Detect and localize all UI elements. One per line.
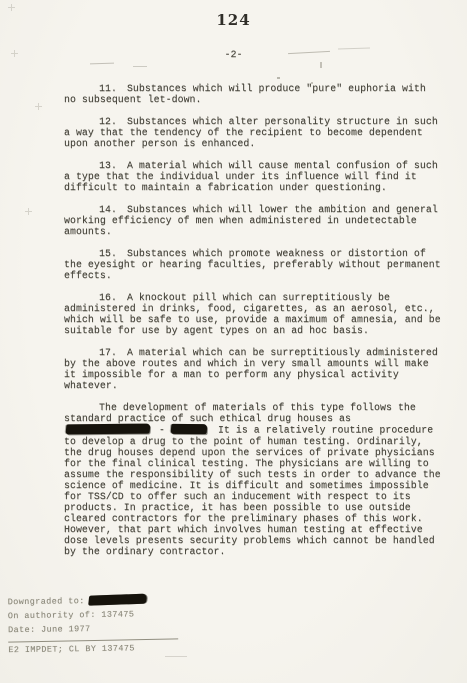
scan-artifact — [133, 66, 147, 67]
scan-artifact — [165, 656, 187, 657]
scan-speck — [35, 103, 42, 110]
paragraph-11: 11.Substances which will produce "pure" … — [64, 83, 442, 105]
paragraph-text: Substances which promote weakness or dis… — [64, 248, 441, 281]
stamp-classification-line: E2 IMPDET; CL BY 137475 — [8, 641, 178, 657]
scan-speck — [25, 208, 32, 215]
scan-artifact — [277, 77, 280, 79]
stamp-downgraded-label: Downgraded to: — [8, 596, 85, 607]
paragraph-text: A knockout pill which can surreptitiousl… — [64, 292, 441, 336]
scan-speck — [8, 4, 15, 11]
paragraph-13: 13.A material which will cause mental co… — [64, 160, 442, 193]
redaction-bar — [88, 594, 147, 606]
paragraph-number: 11. — [99, 83, 117, 94]
scanned-document-page: 124 -2- 11.Substances which will produce… — [0, 0, 467, 683]
paragraph-16: 16.A knockout pill which can surreptitio… — [64, 292, 442, 336]
paragraph-number: 14. — [99, 204, 117, 215]
paragraph-text: A material which will cause mental confu… — [64, 160, 438, 193]
paragraph-text: A material which can be surreptitiously … — [64, 347, 438, 391]
closing-paragraph: The development of materials of this typ… — [64, 402, 442, 557]
paragraph-text: Substances which alter personality struc… — [64, 116, 438, 149]
paragraph-text: Substances which will produce "pure" eup… — [64, 83, 426, 105]
sheet-number: -2- — [0, 50, 467, 61]
paragraph-17: 17.A material which can be surreptitious… — [64, 347, 442, 391]
paragraph-number: 16. — [99, 292, 117, 303]
paragraph-14: 14.Substances which will lower the ambit… — [64, 204, 442, 237]
document-body: 11.Substances which will produce "pure" … — [64, 83, 442, 557]
closing-text-segment: The development of materials of this typ… — [64, 402, 416, 424]
paragraph-12: 12.Substances which alter personality st… — [64, 116, 442, 149]
paragraph-text: Substances which will lower the ambition… — [64, 204, 438, 237]
redaction-bar — [171, 424, 208, 434]
redaction-bar — [66, 424, 151, 435]
scan-artifact — [320, 62, 322, 68]
paragraph-number: 13. — [99, 160, 117, 171]
closing-text-segment: - — [159, 425, 165, 436]
stamp-date-line: Date: June 1977 — [8, 621, 178, 637]
scan-artifact — [90, 63, 114, 65]
paragraph-number: 15. — [99, 248, 117, 259]
declassification-stamp: Downgraded to: On authority of: 137475 D… — [8, 593, 179, 657]
paragraph-number: 17. — [99, 347, 117, 358]
closing-text-segment: It is a relatively routine procedure to … — [64, 425, 441, 557]
paragraph-15: 15.Substances which promote weakness or … — [64, 248, 442, 281]
page-number: 124 — [0, 11, 467, 29]
paragraph-number: 12. — [99, 116, 117, 127]
